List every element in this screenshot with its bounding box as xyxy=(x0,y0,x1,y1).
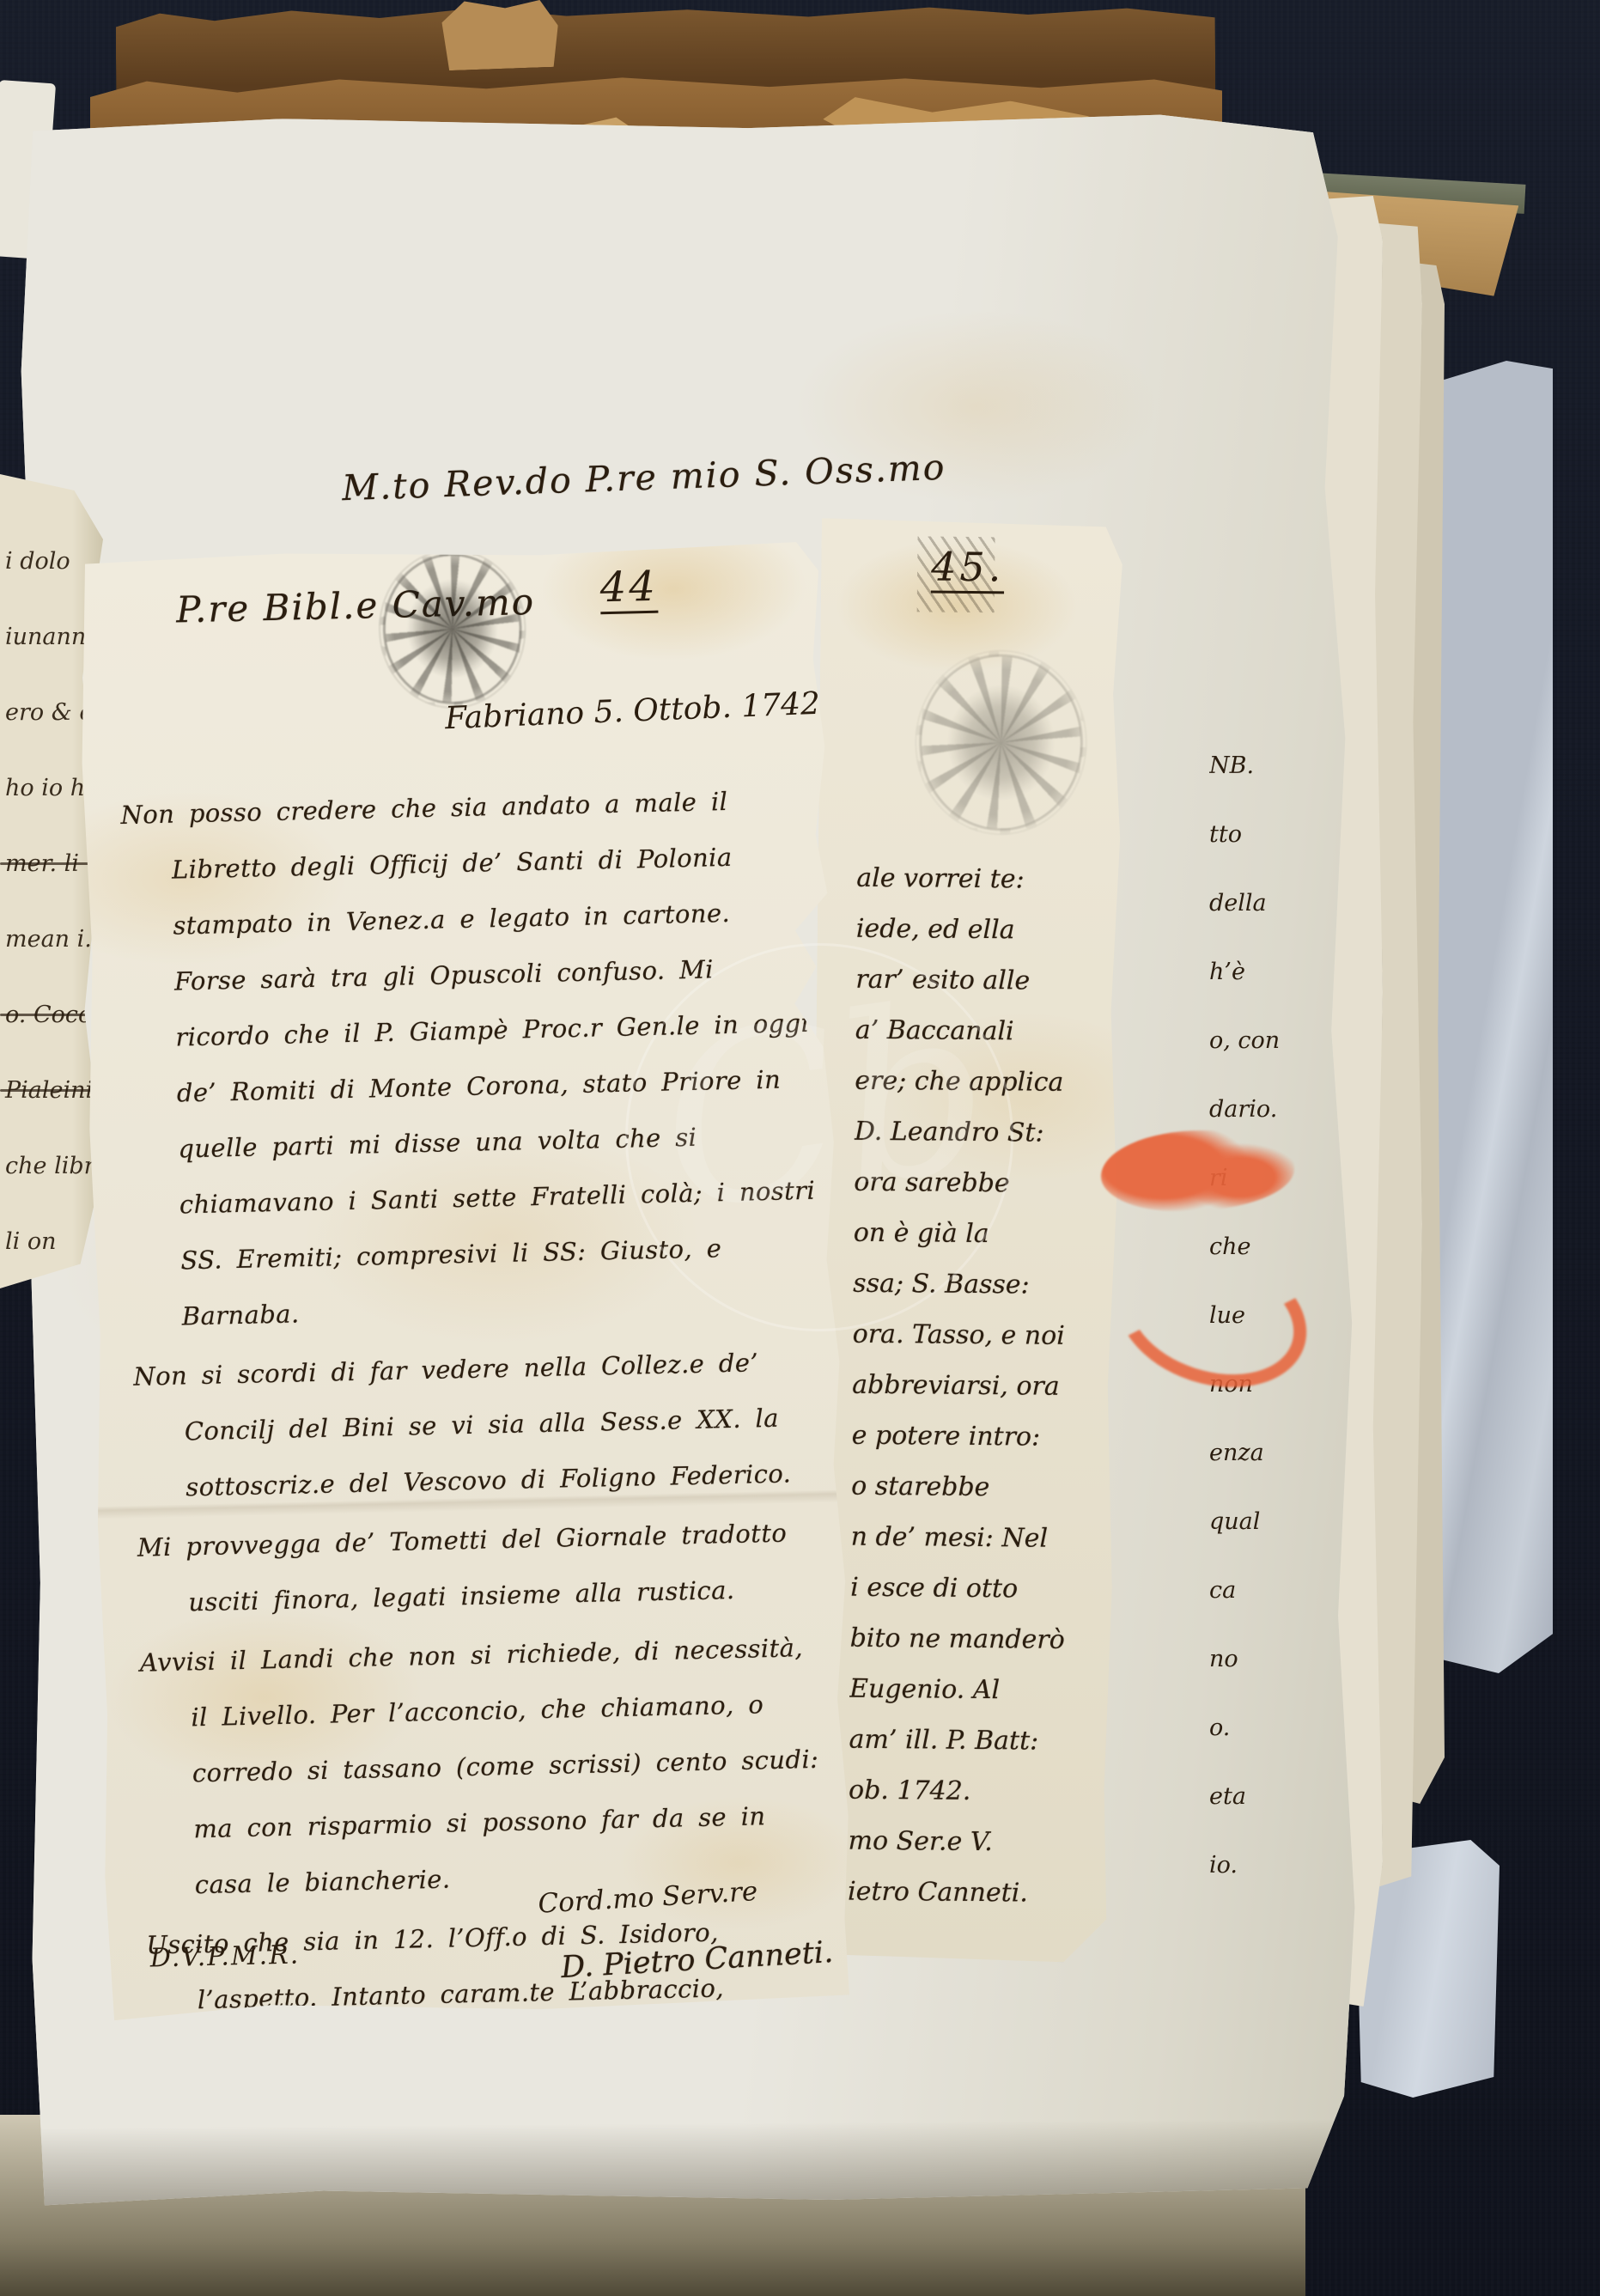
text-fragment: on è già la xyxy=(854,1208,1112,1261)
text-fragment: bito ne manderò xyxy=(849,1613,1108,1666)
text-fragment: io. xyxy=(1209,1831,1321,1900)
text-fragment: eta xyxy=(1209,1763,1321,1831)
text-fragment: mo Ser.e V. xyxy=(848,1816,1106,1869)
letter-paragraph: Avvisi il Landi che non si richiede, di … xyxy=(139,1620,832,1915)
text-fragment: ora sarebbe xyxy=(854,1157,1112,1210)
text-fragment: rar’ esito alle xyxy=(855,954,1114,1008)
underline-stroke xyxy=(0,1089,103,1092)
page-number-45: 45. xyxy=(931,544,1005,591)
text-fragment: e potere intro: xyxy=(851,1410,1110,1464)
front-letter-body: Non posso credere che sia andato a male … xyxy=(79,771,859,2145)
text-fragment: no xyxy=(1209,1625,1321,1694)
text-fragment: ere; che applica xyxy=(855,1056,1113,1109)
text-fragment: n de’ mesi: Nel xyxy=(850,1512,1109,1565)
text-fragment: o starebbe xyxy=(851,1461,1110,1514)
text-fragment: qual xyxy=(1209,1488,1321,1556)
text-fragment: ale vorrei te: xyxy=(856,853,1115,906)
text-fragment: mean i. xyxy=(5,902,103,977)
text-fragment: enza xyxy=(1209,1419,1321,1488)
letter-paragraph: Mi provvegga de’ Tometti del Giornale tr… xyxy=(137,1505,826,1632)
text-fragment: h’è xyxy=(1209,938,1321,1007)
text-fragment: i esce di otto xyxy=(850,1562,1109,1616)
text-fragment: iede, ed ella xyxy=(856,904,1115,957)
text-fragment: am’ ill. P. Batt: xyxy=(849,1714,1107,1768)
round-ink-stamp-partial xyxy=(913,648,1089,837)
text-fragment: della xyxy=(1209,869,1321,938)
middle-letter-text-fragments: ale vorrei te:iede, ed ellarar’ esito al… xyxy=(847,853,1114,1964)
text-fragment: ietro Canneti. xyxy=(848,1867,1106,1920)
letter-paragraph: Non si scordi di far vedere nella Collez… xyxy=(133,1334,824,1517)
text-fragment: che libr xyxy=(5,1129,103,1204)
text-fragment: ca xyxy=(1209,1556,1321,1625)
kraft-torn-piece xyxy=(441,0,560,70)
text-fragment: tto xyxy=(1209,801,1321,869)
text-fragment: ob. 1742. xyxy=(849,1765,1107,1818)
page-number-44: 44 xyxy=(599,563,658,612)
underline-stroke xyxy=(0,1014,96,1016)
underline-stroke xyxy=(0,862,101,865)
archive-photo-scene: …brieta M.to Rev.do P.re mio S. Oss.mo i… xyxy=(0,0,1600,2296)
front-letter-closing-abbrev: D.V.P.M.R. xyxy=(149,1940,300,1974)
front-letter-dateline: Fabriano 5. Ottob. 1742. xyxy=(444,685,830,736)
text-fragment: NB. xyxy=(1209,732,1321,801)
text-fragment: ssa; S. Basse: xyxy=(853,1258,1111,1312)
text-fragment: a’ Baccanali xyxy=(855,1005,1114,1058)
front-letter-sheet: P.re Bibl.e Cav.mo 44 Fabriano 5. Ottob.… xyxy=(74,541,855,2023)
text-fragment: D. Leandro St: xyxy=(855,1106,1113,1160)
text-fragment: Eugenio. Al xyxy=(849,1664,1108,1717)
letter-paragraph: Non posso credere che sia andato a male … xyxy=(120,772,820,1346)
round-ink-stamp xyxy=(376,546,529,711)
text-fragment: ora. Tasso, e noi xyxy=(852,1309,1110,1362)
text-fragment: abbreviarsi, ora xyxy=(852,1360,1110,1413)
text-fragment: o, con xyxy=(1209,1007,1321,1075)
text-fragment: o. xyxy=(1209,1694,1321,1763)
